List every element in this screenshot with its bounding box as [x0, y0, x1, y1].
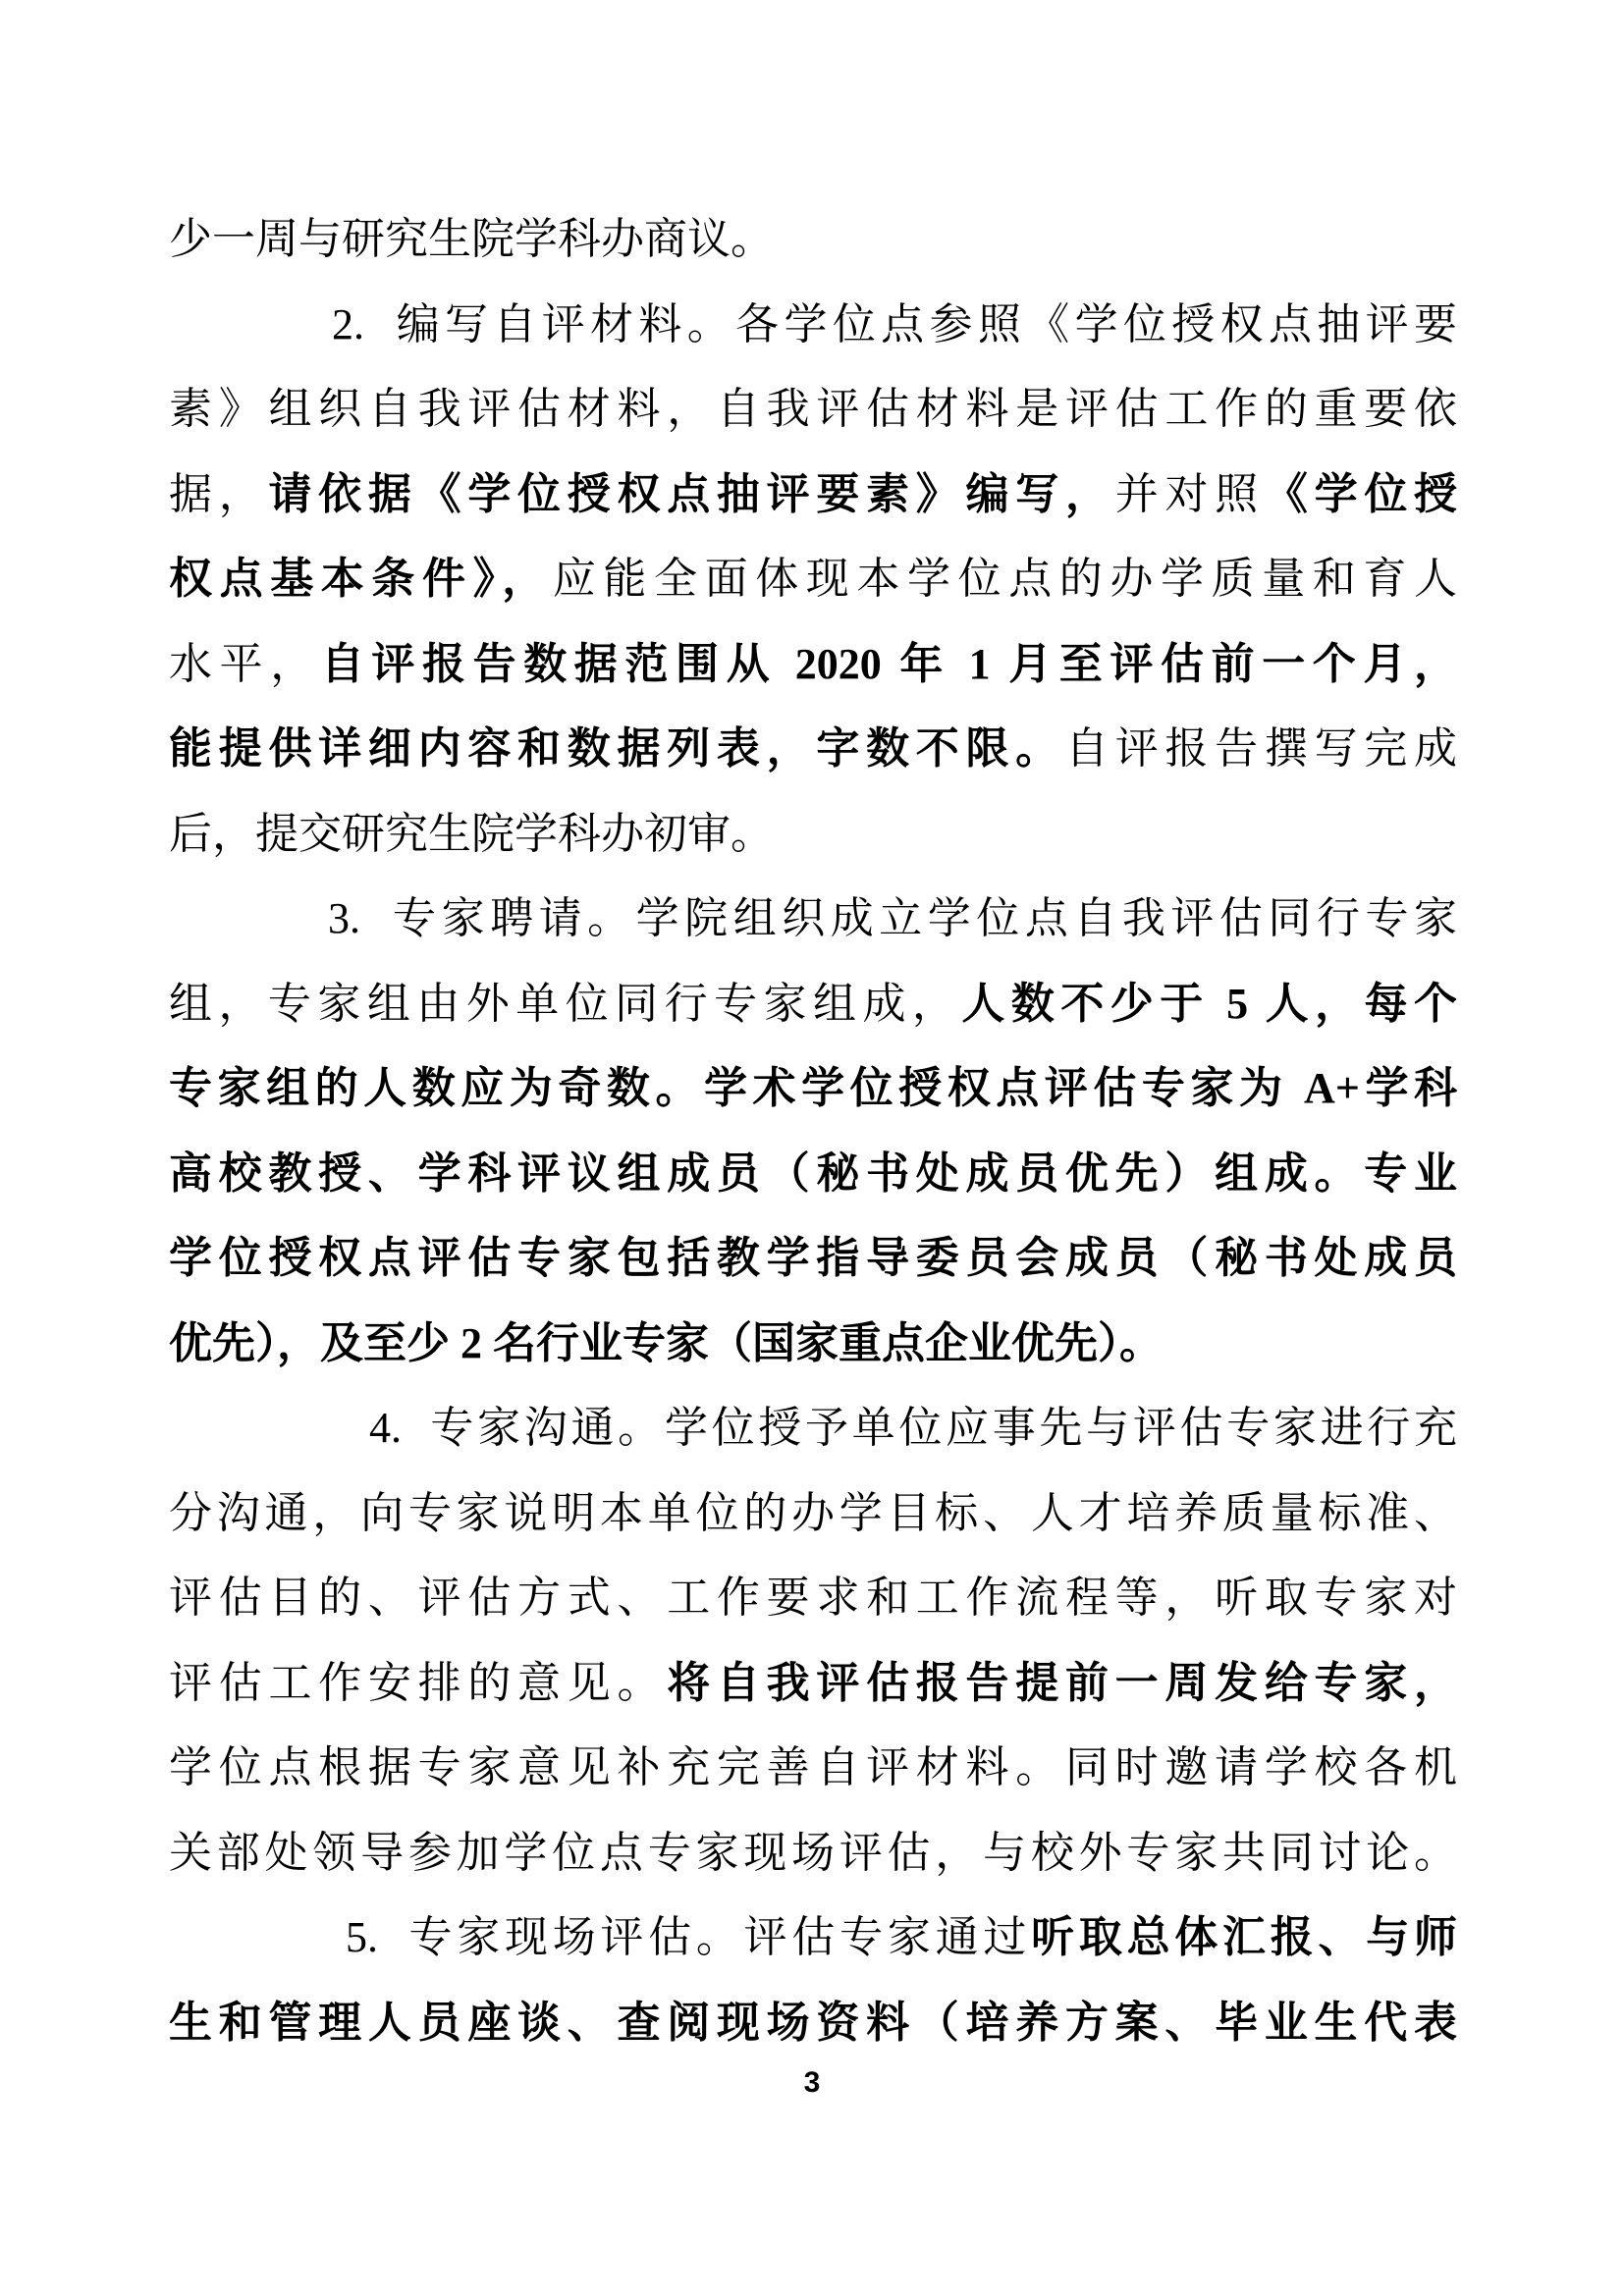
text-segment: 后，提交研究生院学科办初审。	[169, 810, 774, 858]
text-segment-bold: 听取总体汇报、与师	[1031, 1913, 1457, 1961]
text-segment: 评估目的、评估方式、工作要求和工作流程等，听取专家对	[169, 1574, 1457, 1622]
text-line-14: 优先），及至少 2 名行业专家（国家重点企业优先）。	[169, 1302, 1457, 1387]
text-line-16: 分沟通，向专家说明本单位的办学目标、人才培养质量标准、	[169, 1471, 1457, 1557]
text-line-1: 少一周与研究生院学科办商议。	[169, 197, 1457, 283]
text-segment-bold: 专家组的人数应为奇数。学术学位授权点评估专家为 A+学科	[169, 1064, 1457, 1112]
text-segment: 自评报告撰写完成	[1065, 724, 1457, 773]
text-segment: 5. 专家现场评估。评估专家通过	[346, 1913, 1031, 1961]
text-segment-bold: 《学位授	[1265, 470, 1457, 518]
text-segment: 2. 编写自评材料。各学位点参照《学位授权点抽评要	[332, 300, 1457, 348]
text-line-20: 关部处领导参加学位点专家现场评估，与校外专家共同讨论。	[169, 1811, 1457, 1896]
text-segment: 分沟通，向专家说明本单位的办学目标、人才培养质量标准、	[169, 1489, 1457, 1537]
text-segment-bold: 人数不少于 5 人，每个	[961, 980, 1457, 1028]
text-line-22: 生和管理人员座谈、查阅现场资料（培养方案、毕业生代表	[169, 1981, 1457, 2066]
text-line-11: 专家组的人数应为奇数。学术学位授权点评估专家为 A+学科	[169, 1046, 1457, 1132]
text-segment: 评估工作安排的意见。	[169, 1659, 667, 1707]
text-line-15: 4. 专家沟通。学位授予单位应事先与评估专家进行充	[169, 1386, 1457, 1471]
text-segment-bold: 权点基本条件》，	[169, 555, 553, 603]
text-line-5: 权点基本条件》，应能全面体现本学位点的办学质量和育人	[169, 537, 1457, 622]
text-segment: 少一周与研究生院学科办商议。	[169, 215, 774, 263]
text-segment-bold: 能提供详细内容和数据列表，字数不限。	[169, 724, 1065, 773]
text-line-7: 能提供详细内容和数据列表，字数不限。自评报告撰写完成	[169, 707, 1457, 792]
text-segment: 关部处领导参加学位点专家现场评估，与校外专家共同讨论。	[169, 1829, 1457, 1877]
text-line-10: 组，专家组由外单位同行专家组成，人数不少于 5 人，每个	[169, 962, 1457, 1047]
text-segment: 组，专家组由外单位同行专家组成，	[169, 980, 961, 1028]
text-segment-bold: 请依据《学位授权点抽评要素》编写，	[268, 470, 1114, 518]
text-segment: 3. 专家聘请。学院组织成立学位点自我评估同行专家	[328, 894, 1457, 942]
text-line-3: 素》组织自我评估材料，自我评估材料是评估工作的重要依	[169, 367, 1457, 453]
text-segment-bold: 将自我评估报告提前一周发给专家，	[667, 1659, 1457, 1707]
text-segment: 学位点根据专家意见补充完善自评材料。同时邀请学校各机	[169, 1743, 1457, 1791]
text-segment: 并对照	[1115, 470, 1265, 518]
text-line-19: 学位点根据专家意见补充完善自评材料。同时邀请学校各机	[169, 1726, 1457, 1811]
text-line-9: 3. 专家聘请。学院组织成立学位点自我评估同行专家	[169, 877, 1457, 962]
text-segment-bold: 生和管理人员座谈、查阅现场资料（培养方案、毕业生代表	[169, 1999, 1457, 2047]
text-segment-bold: 自评报告数据范围从 2020 年 1 月至评估前一个月，	[321, 640, 1457, 688]
text-line-21: 5. 专家现场评估。评估专家通过听取总体汇报、与师	[169, 1896, 1457, 1981]
text-line-2: 2. 编写自评材料。各学位点参照《学位授权点抽评要	[169, 283, 1457, 368]
text-segment: 水平，	[169, 640, 321, 688]
text-line-6: 水平，自评报告数据范围从 2020 年 1 月至评估前一个月，	[169, 622, 1457, 708]
text-segment-bold: 高校教授、学科评议组成员（秘书处成员优先）组成。专业	[169, 1149, 1457, 1198]
text-line-8: 后，提交研究生院学科办初审。	[169, 792, 1457, 878]
text-line-17: 评估目的、评估方式、工作要求和工作流程等，听取专家对	[169, 1556, 1457, 1641]
text-line-13: 学位授权点评估专家包括教学指导委员会成员（秘书处成员	[169, 1216, 1457, 1302]
text-segment: 据，	[169, 470, 268, 518]
page-number: 3	[0, 2063, 1624, 2103]
text-line-18: 评估工作安排的意见。将自我评估报告提前一周发给专家，	[169, 1641, 1457, 1727]
text-segment: 4. 专家沟通。学位授予单位应事先与评估专家进行充	[369, 1404, 1457, 1452]
text-line-4: 据，请依据《学位授权点抽评要素》编写，并对照《学位授	[169, 453, 1457, 538]
text-segment-bold: 优先），及至少 2 名行业专家（国家重点企业优先）。	[169, 1319, 1163, 1367]
text-segment: 素》组织自我评估材料，自我评估材料是评估工作的重要依	[169, 385, 1457, 433]
document-body: 少一周与研究生院学科办商议。2. 编写自评材料。各学位点参照《学位授权点抽评要素…	[169, 197, 1457, 2065]
text-segment-bold: 学位授权点评估专家包括教学指导委员会成员（秘书处成员	[169, 1234, 1457, 1282]
document-page: 少一周与研究生院学科办商议。2. 编写自评材料。各学位点参照《学位授权点抽评要素…	[0, 0, 1624, 2296]
text-segment: 应能全面体现本学位点的办学质量和育人	[553, 555, 1457, 603]
text-line-12: 高校教授、学科评议组成员（秘书处成员优先）组成。专业	[169, 1132, 1457, 1217]
